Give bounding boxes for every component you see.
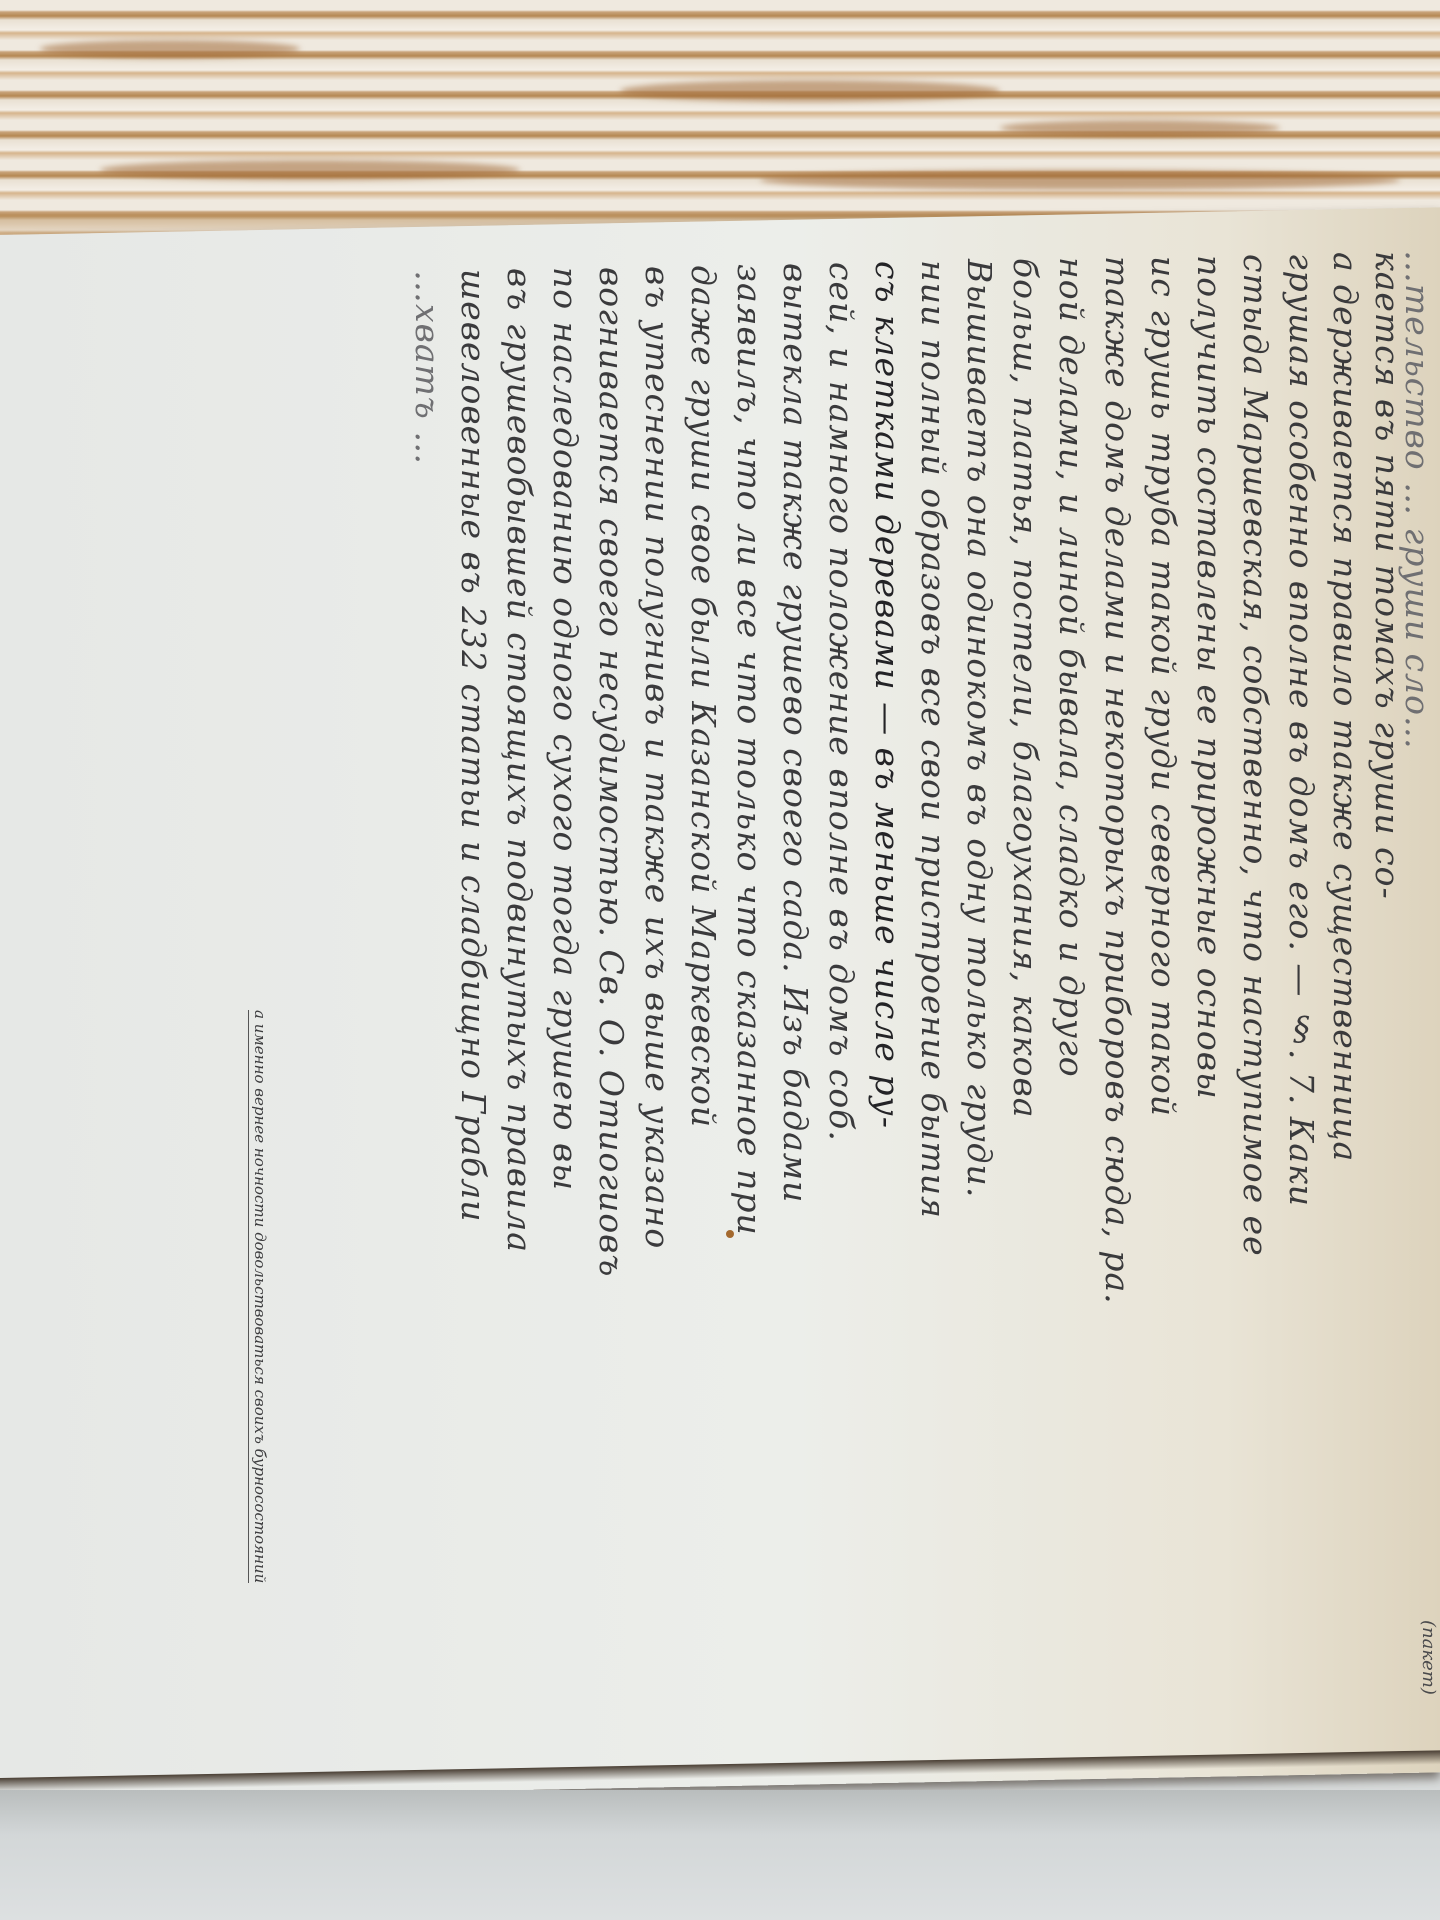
handwriting-line: ной делами, и линой бывала, сладко и дру…: [1055, 257, 1088, 1078]
handwriting-line: также домъ делами и некоторыхъ приборовъ…: [1101, 256, 1134, 1305]
handwriting-line: съ клетками деревами — въ меньше числе р…: [871, 261, 904, 1129]
stain: [40, 40, 300, 58]
interlinear-insertion: а именно вернее ночности довольствоватьс…: [248, 1010, 269, 1583]
photo-scene: …тельство … груши сло…кается въ пяти том…: [0, 0, 1440, 1920]
handwriting-line: въ грушевобывшей стоящихъ подвинутыхъ пр…: [503, 268, 536, 1253]
ink-blot: [726, 1230, 734, 1238]
handwriting-line: …хватъ …: [411, 270, 444, 465]
handwriting-line: кается въ пяти томахъ груши со-: [1371, 251, 1404, 900]
handwriting-line: въ утеснении полугнивъ и также ихъ выше …: [641, 266, 674, 1249]
handwriting-line: больш, платья, постели, благоухания, как…: [1009, 258, 1042, 1118]
handwriting-line: Вышиваетъ она одинокомъ въ одну только г…: [963, 259, 996, 1198]
handwriting-line: сей, и намного положение вполне въ домъ …: [825, 262, 858, 1142]
handwriting-line: по наследованию одного сухого тогда груш…: [549, 267, 582, 1191]
margin-note: (пакет): [1418, 1620, 1439, 1695]
handwriting-line: даже груши свое были Казанской Маркевско…: [687, 265, 720, 1128]
stain: [760, 170, 1400, 190]
stain: [1000, 120, 1280, 136]
handwriting-line: получить составлены ее прирожные основы: [1193, 255, 1226, 1100]
handwriting-line: шевеловенные въ 232 статьи и сладбищно Г…: [457, 269, 490, 1223]
stain: [100, 160, 520, 180]
handwriting-line: ис грушь труба такой груди северного так…: [1147, 256, 1180, 1117]
table-surface: [0, 1790, 1440, 1920]
handwriting-line: вогнивается своего несудимостью. Св. О. …: [595, 267, 628, 1277]
handwriting-line: заявилъ, что ли все что только что сказа…: [733, 264, 766, 1236]
stain: [620, 80, 1000, 102]
handwriting-line: вытекла также грушево своего сада. Изъ б…: [779, 263, 812, 1203]
handwriting-line: грушая особенно вполне въ домъ его. — §.…: [1285, 253, 1318, 1207]
book-page-edges: [0, 0, 1440, 245]
handwriting-line: нии полный образовъ все свои пристроение…: [917, 260, 950, 1219]
handwriting-line: а держивается правило также существенниц…: [1329, 252, 1362, 1162]
handwriting-line: стыда Маршевская, собственно, что наступ…: [1239, 254, 1272, 1257]
